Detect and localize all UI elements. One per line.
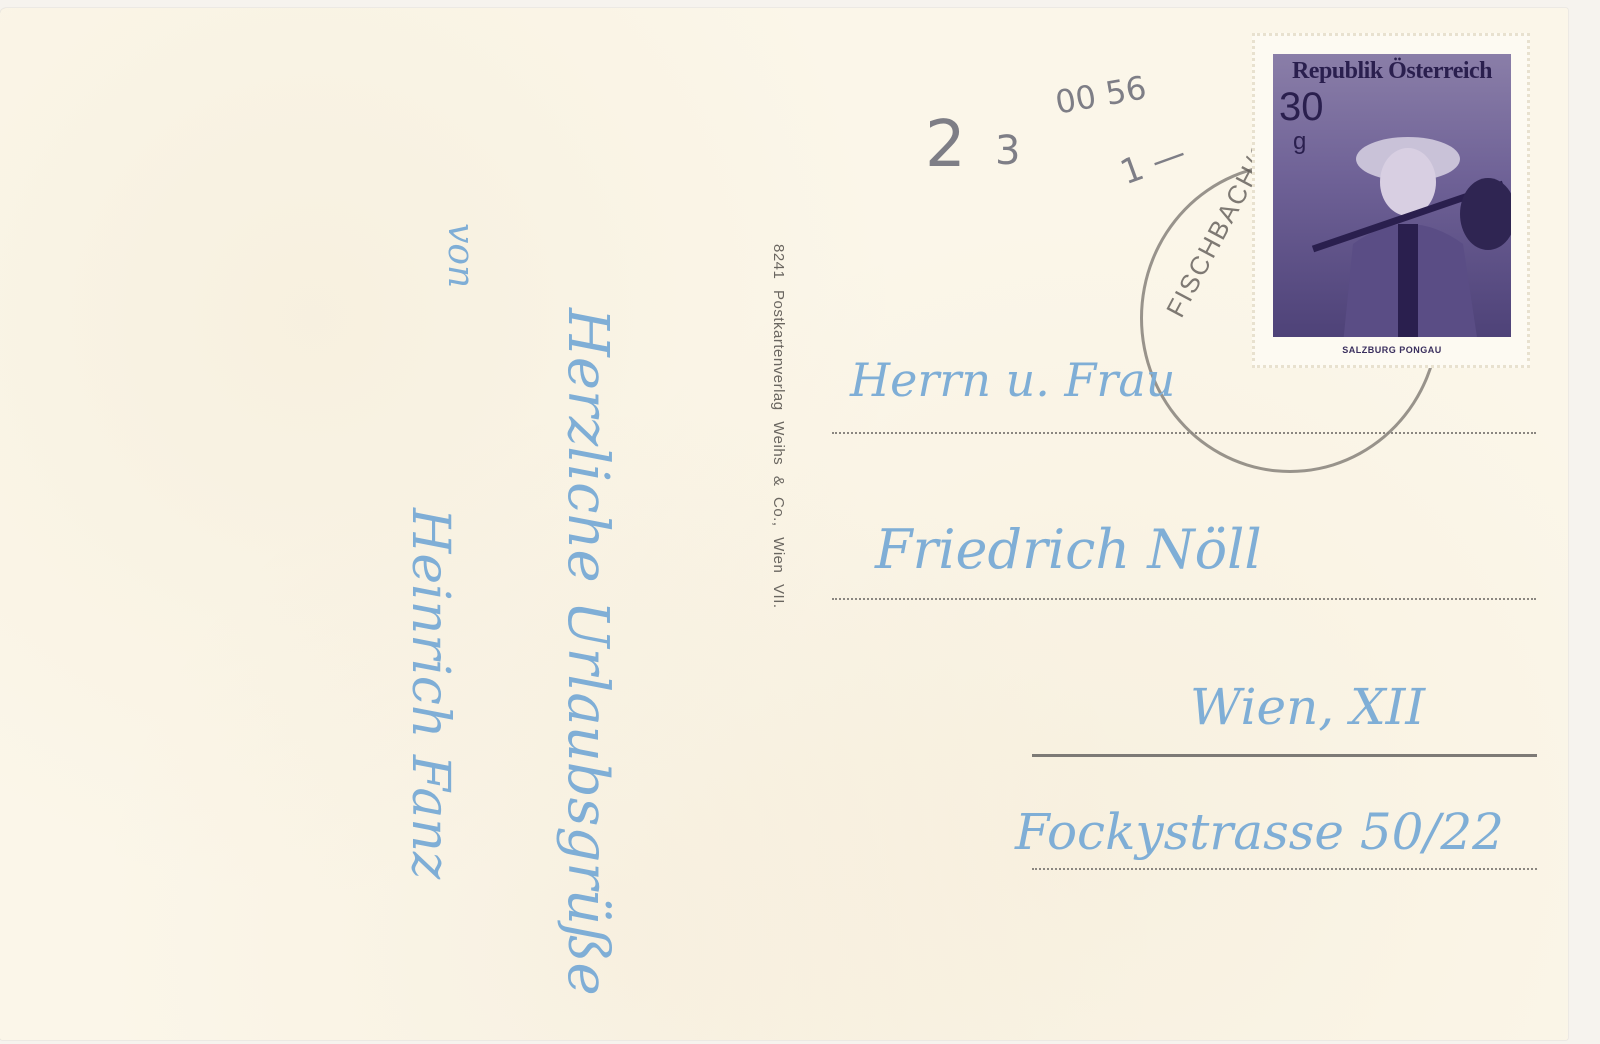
address-line-3: [1032, 754, 1537, 757]
stamp-caption: SALZBURG PONGAU: [1273, 345, 1511, 355]
stamp-image: Republik Österreich 30 g: [1273, 54, 1511, 337]
pencil-note-1: 1 —: [1115, 133, 1191, 193]
message-line-2: von: [440, 223, 481, 288]
address-line-1: [832, 432, 1536, 434]
publisher-imprint: 8241 Postkartenverlag Weihs & Co., Wien …: [770, 244, 787, 609]
stamp-country: Republik Österreich: [1273, 58, 1511, 85]
stamp-woman-figure-icon: [1283, 104, 1511, 337]
address-street: Fockystrasse 50/22: [1015, 803, 1504, 861]
pencil-note-code: 00 56: [1052, 68, 1149, 121]
postcard: 8241 Postkartenverlag Weihs & Co., Wien …: [0, 8, 1568, 1040]
address-salutation: Herrn u. Frau: [850, 353, 1175, 407]
pencil-note-2: 2: [925, 108, 966, 182]
address-city: Wien, XII: [1190, 678, 1425, 736]
address-line-2: [832, 598, 1536, 600]
address-name: Friedrich Nöll: [875, 518, 1262, 581]
postage-stamp: Republik Österreich 30 g SALZBURG PONGAU: [1252, 33, 1530, 368]
message-line-1: Herzliche Urlaubsgrüße: [555, 308, 620, 996]
pencil-note-3: 3: [995, 128, 1020, 174]
message-line-3: Heinrich Fanz: [400, 508, 460, 879]
address-line-4: [1032, 868, 1537, 870]
